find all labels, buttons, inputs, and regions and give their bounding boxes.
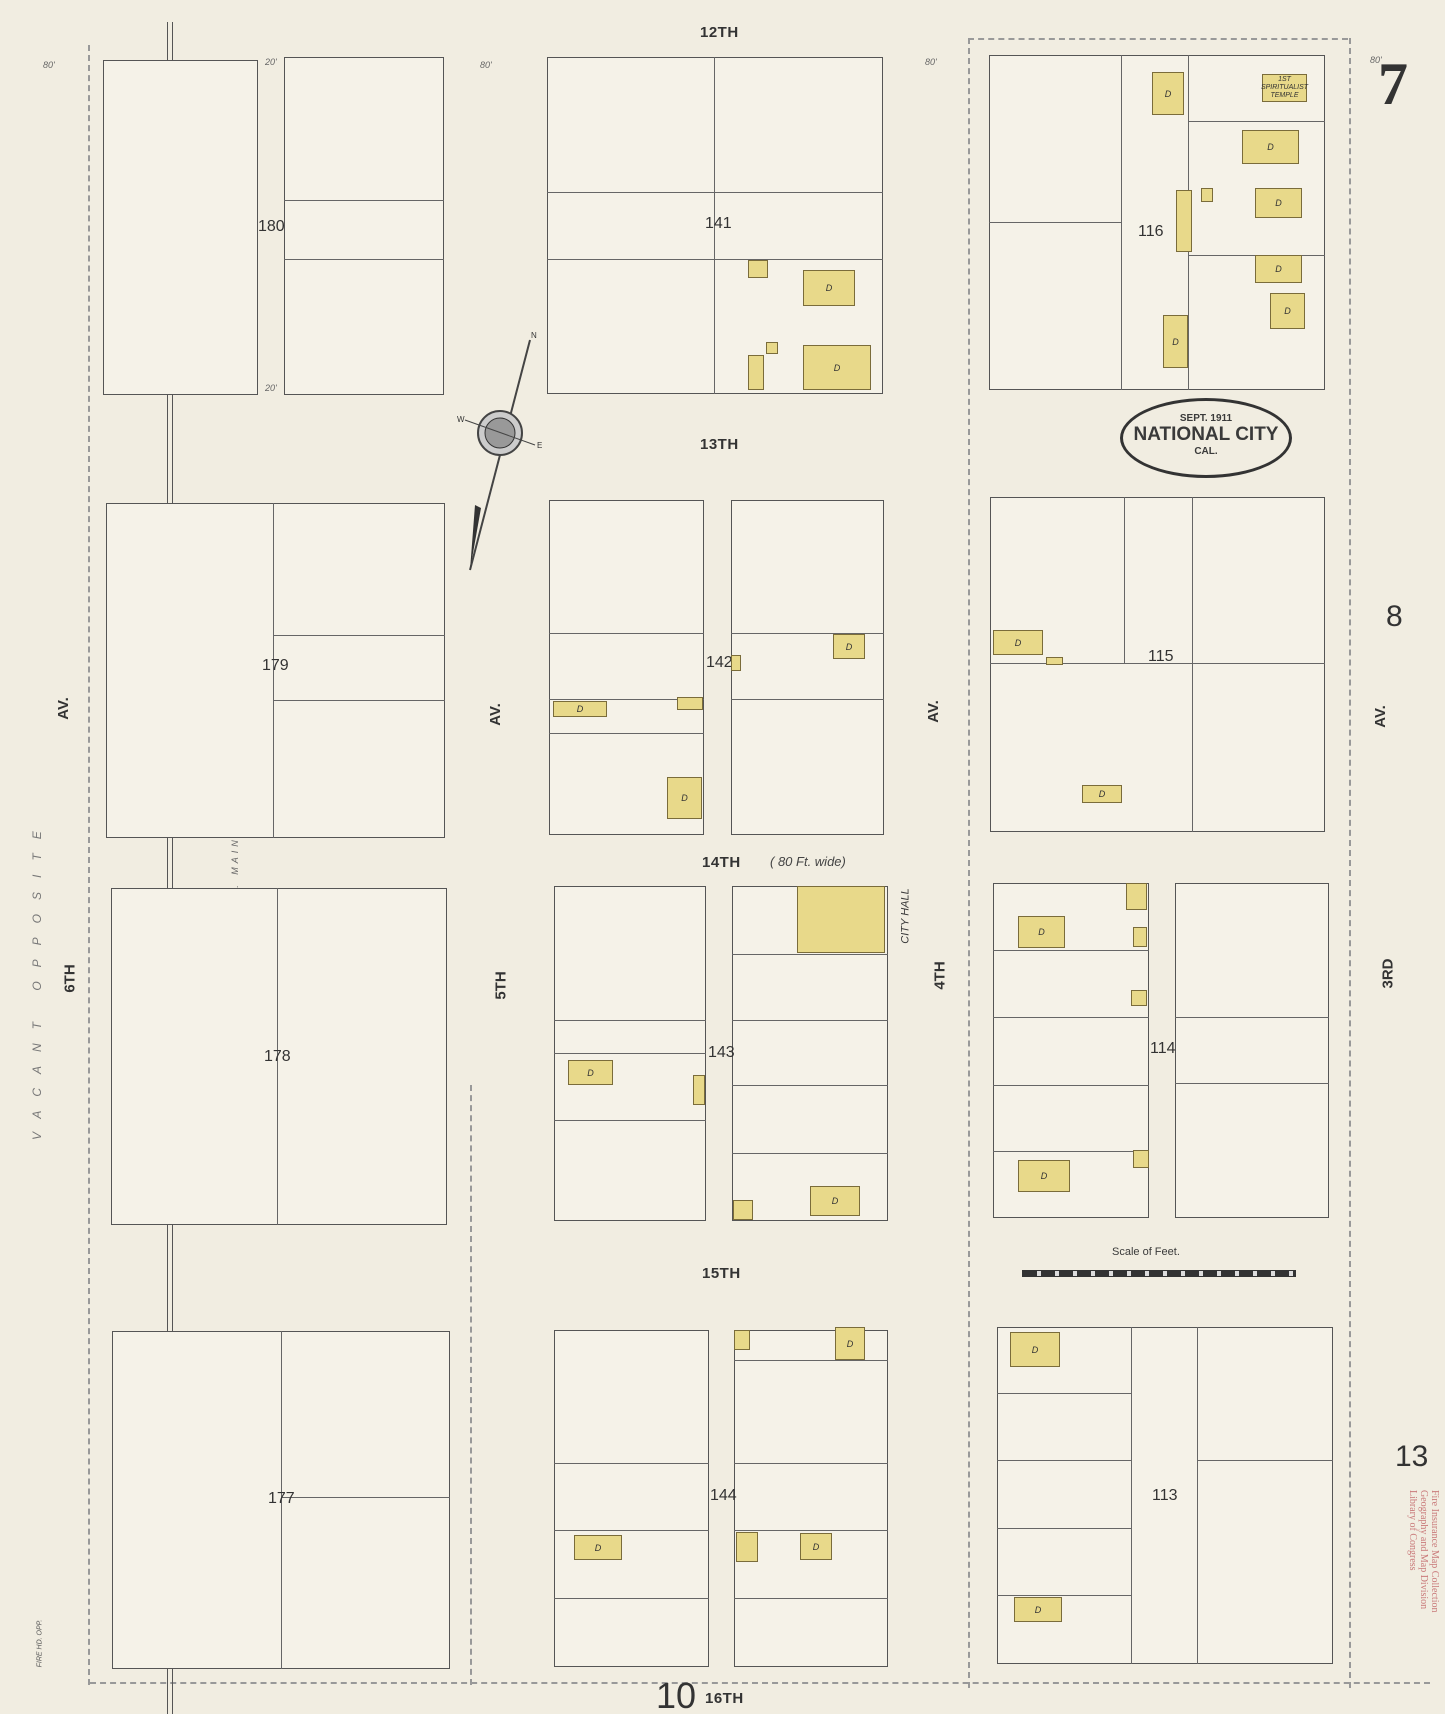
street-4th-av: AV. (925, 700, 942, 723)
building-dwelling: D (1163, 315, 1188, 368)
building-dwelling: D (1152, 72, 1184, 115)
street-14th-width-note: ( 80 Ft. wide) (770, 854, 846, 869)
building-dwelling: D (1014, 1597, 1062, 1622)
map-boundary-bottom (90, 1682, 1430, 1684)
building-spiritualist-temple: 1ST SPIRITUALIST TEMPLE (1262, 74, 1307, 102)
block-number: 141 (705, 215, 732, 233)
building-dwelling: D (993, 630, 1043, 655)
street-width-marker: 80' (43, 60, 55, 70)
block-180 (103, 60, 258, 395)
block-142-east (731, 500, 884, 835)
block-114-east (1175, 883, 1329, 1218)
street-5th: 5TH (493, 971, 510, 999)
map-title-cartouche: SEPT. 1911 NATIONAL CITY CAL. (1120, 398, 1292, 478)
building-dwelling: D (574, 1535, 622, 1560)
building-dwelling: D (835, 1327, 865, 1360)
svg-text:E: E (537, 441, 542, 450)
map-boundary-mid-right (968, 38, 970, 1688)
building-dwelling: D (1270, 293, 1305, 329)
block-144-east (734, 1330, 888, 1667)
street-15th: 15TH (702, 1265, 741, 1282)
building-dwelling: D (1242, 130, 1299, 164)
building-dwelling: D (1082, 785, 1122, 803)
title-date: SEPT. 1911 (1123, 413, 1289, 424)
block-number: 115 (1148, 648, 1174, 666)
street-6th-av: AV. (55, 697, 72, 720)
building-outbuilding (748, 260, 768, 278)
block-144-west (554, 1330, 709, 1667)
building-outbuilding (1046, 657, 1063, 665)
map-boundary-left (88, 45, 90, 1685)
building-dwelling: D (810, 1186, 860, 1216)
map-boundary-mid-left (470, 1085, 472, 1685)
sheet-number: 7 (1378, 50, 1408, 119)
block-180-east (284, 57, 444, 395)
street-width-marker: 80' (1370, 55, 1382, 65)
building-outbuilding (748, 355, 764, 390)
compass-rose-icon: W E N (455, 330, 545, 580)
building-dwelling: D (800, 1533, 832, 1560)
block-114-west (993, 883, 1149, 1218)
adjacent-sheet-bottom-right: 13 (1395, 1440, 1428, 1474)
city-hall-label: CITY HALL (900, 888, 912, 943)
building-dwelling: D (803, 345, 871, 390)
building-dwelling: D (1010, 1332, 1060, 1367)
street-16th: 16TH (705, 1690, 744, 1707)
block-number: 143 (708, 1044, 735, 1062)
building-dwelling: D (1018, 916, 1065, 948)
building-outbuilding (1126, 883, 1147, 910)
svg-text:N: N (531, 331, 537, 340)
building-outbuilding (1176, 190, 1192, 252)
adjacent-sheet-bottom: 10 (656, 1675, 696, 1714)
street-3rd: 3RD (1380, 958, 1397, 988)
building-dwelling: D (803, 270, 855, 306)
building-outbuilding (1201, 188, 1213, 202)
library-stamp: Fire Insurance Map Collection Geography … (1407, 1490, 1440, 1612)
fire-hall-note: FIRE HD. OPP. (36, 1620, 43, 1668)
building-outbuilding (693, 1075, 705, 1105)
building-outbuilding (1133, 927, 1147, 947)
block-number: 144 (710, 1487, 737, 1505)
street-6th: 6TH (62, 964, 79, 992)
building-outbuilding (766, 342, 778, 354)
building-outbuilding (734, 1330, 750, 1350)
building-outbuilding (1133, 1150, 1149, 1168)
block-number: 180 (258, 218, 285, 236)
vacant-opposite-note: VACANT OPPOSITE (30, 817, 44, 1140)
svg-text:W: W (457, 415, 465, 424)
building-outbuilding (1131, 990, 1147, 1006)
map-boundary-top-right (968, 38, 1348, 40)
street-5th-av: AV. (487, 703, 504, 726)
building-dwelling: D (833, 634, 865, 659)
street-4th: 4TH (932, 961, 949, 989)
building-dwelling: D (1255, 188, 1302, 218)
block-number: 178 (264, 1048, 291, 1066)
block-number: 113 (1152, 1487, 1178, 1505)
street-14th: 14TH (702, 854, 741, 871)
building-outbuilding (677, 697, 703, 710)
building-dwelling: D (1255, 255, 1302, 283)
street-width-marker: 80' (925, 57, 937, 67)
title-city: NATIONAL CITY (1123, 424, 1289, 446)
street-width-marker: 80' (480, 60, 492, 70)
title-state: CAL. (1123, 446, 1289, 457)
block-number: 142 (706, 654, 733, 672)
building-outbuilding (731, 655, 741, 671)
street-width-marker: 20' (265, 383, 277, 393)
street-13th: 13TH (700, 436, 739, 453)
adjacent-sheet-right: 8 (1386, 600, 1403, 634)
scale-bar (1022, 1270, 1296, 1277)
building-outbuilding (733, 1200, 753, 1220)
building-dwelling: D (568, 1060, 613, 1085)
block-number: 114 (1150, 1040, 1176, 1058)
scale-label: Scale of Feet. (1112, 1246, 1180, 1258)
block-number: 179 (262, 657, 289, 675)
map-boundary-right (1349, 38, 1351, 1688)
street-3rd-av: AV. (1372, 705, 1389, 728)
building-city-hall (797, 886, 885, 953)
block-number: 177 (268, 1490, 295, 1508)
building-outbuilding (736, 1532, 758, 1562)
building-dwelling: D (553, 701, 607, 717)
street-width-marker: 20' (265, 57, 277, 67)
block-number: 116 (1138, 223, 1164, 241)
building-dwelling: D (1018, 1160, 1070, 1192)
building-dwelling: D (667, 777, 702, 819)
street-12th: 12TH (700, 24, 739, 41)
